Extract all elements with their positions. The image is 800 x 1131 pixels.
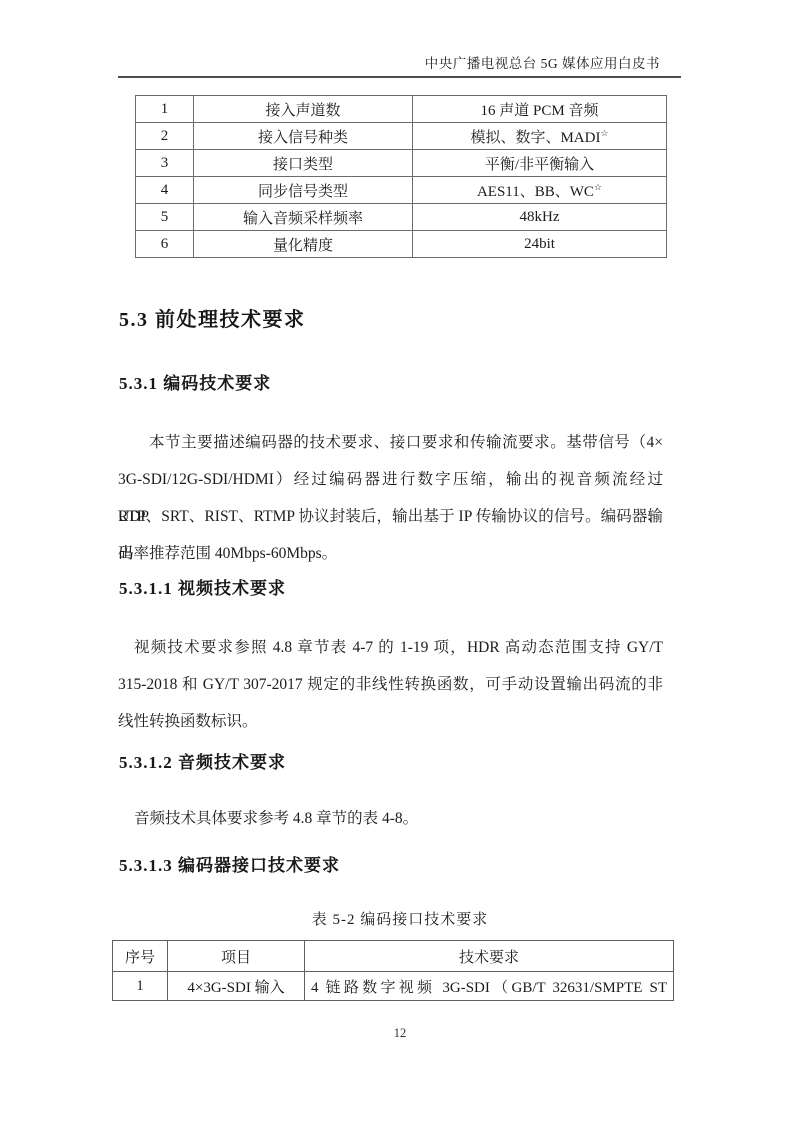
paragraph-line: 码率推荐范围 40Mbps-60Mbps。 [118, 535, 663, 572]
row-item: 接口类型 [194, 150, 413, 177]
column-header-requirement: 技术要求 [305, 941, 674, 972]
row-requirement: 4 链路数字视频 3G-SDI（GB/T 32631/SMPTE ST [305, 972, 674, 1001]
row-item: 接入信号种类 [194, 123, 413, 150]
table-row: 1 4×3G-SDI 输入 4 链路数字视频 3G-SDI（GB/T 32631… [113, 972, 674, 1001]
row-number: 1 [113, 972, 168, 1001]
star-superscript: ☆ [594, 182, 602, 192]
encoder-interface-table: 序号 项目 技术要求 1 4×3G-SDI 输入 4 链路数字视频 3G-SDI… [112, 940, 674, 1001]
row-number: 5 [136, 204, 194, 231]
paragraph-line: 3G-SDI/12G-SDI/HDMI）经过编码器进行数字压缩，输出的视音频流经… [118, 461, 663, 498]
star-superscript: ☆ [600, 128, 608, 138]
row-item: 同步信号类型 [194, 177, 413, 204]
row-number: 4 [136, 177, 194, 204]
paragraph-video-requirements: 视频技术要求参照 4.8 章节表 4-7 的 1-19 项，HDR 高动态范围支… [118, 629, 663, 740]
table-row: 1 接入声道数 16 声道 PCM 音频 [136, 96, 667, 123]
document-page: 中央广播电视总台 5G 媒体应用白皮书 1 接入声道数 16 声道 PCM 音频… [0, 0, 800, 1131]
table-caption: 表 5-2 编码接口技术要求 [118, 905, 682, 935]
row-number: 3 [136, 150, 194, 177]
section-title-5-3-1: 5.3.1 编码技术要求 [119, 372, 271, 396]
paragraph-line: 视频技术要求参照 4.8 章节表 4-7 的 1-19 项，HDR 高动态范围支… [118, 629, 663, 666]
column-header-item: 项目 [168, 941, 305, 972]
paragraph-line: 音频技术具体要求参考 4.8 章节的表 4-8。 [118, 800, 663, 837]
row-value: 24bit [413, 231, 667, 258]
table-row: 2 接入信号种类 模拟、数字、MADI☆ [136, 123, 667, 150]
paragraph-line: 线性转换函数标识。 [118, 703, 663, 740]
table-row: 3 接口类型 平衡/非平衡输入 [136, 150, 667, 177]
paragraph-line: 315-2018 和 GY/T 307-2017 规定的非线性转换函数，可手动设… [118, 666, 663, 703]
column-header-no: 序号 [113, 941, 168, 972]
header-rule [118, 76, 681, 78]
row-number: 6 [136, 231, 194, 258]
row-value: AES11、BB、WC☆ [413, 177, 667, 204]
audio-input-table: 1 接入声道数 16 声道 PCM 音频 2 接入信号种类 模拟、数字、MADI… [135, 95, 667, 258]
table-header-row: 序号 项目 技术要求 [113, 941, 674, 972]
row-value: 平衡/非平衡输入 [413, 150, 667, 177]
section-title-5-3-1-1: 5.3.1.1 视频技术要求 [119, 577, 286, 601]
table-row: 5 输入音频采样频率 48kHz [136, 204, 667, 231]
paragraph-audio-requirements: 音频技术具体要求参考 4.8 章节的表 4-8。 [118, 800, 663, 837]
paragraph-line: RTP、SRT、RIST、RTMP 协议封装后，输出基于 IP 传输协议的信号。… [118, 498, 663, 535]
page-header-title: 中央广播电视总台 5G 媒体应用白皮书 [425, 55, 660, 72]
row-number: 2 [136, 123, 194, 150]
page-number: 12 [0, 1026, 800, 1041]
row-item: 输入音频采样频率 [194, 204, 413, 231]
paragraph-line: 本节主要描述编码器的技术要求、接口要求和传输流要求。基带信号（4× [118, 424, 663, 461]
row-value: 48kHz [413, 204, 667, 231]
section-title-5-3: 5.3 前处理技术要求 [119, 306, 306, 334]
row-value: 模拟、数字、MADI☆ [413, 123, 667, 150]
section-title-5-3-1-3: 5.3.1.3 编码器接口技术要求 [119, 854, 340, 878]
row-value: 16 声道 PCM 音频 [413, 96, 667, 123]
paragraph-encoding-overview: 本节主要描述编码器的技术要求、接口要求和传输流要求。基带信号（4× 3G-SDI… [118, 424, 663, 572]
row-number: 1 [136, 96, 194, 123]
row-item: 量化精度 [194, 231, 413, 258]
section-title-5-3-1-2: 5.3.1.2 音频技术要求 [119, 751, 286, 775]
row-item: 4×3G-SDI 输入 [168, 972, 305, 1001]
table-row: 6 量化精度 24bit [136, 231, 667, 258]
table-row: 4 同步信号类型 AES11、BB、WC☆ [136, 177, 667, 204]
row-item: 接入声道数 [194, 96, 413, 123]
